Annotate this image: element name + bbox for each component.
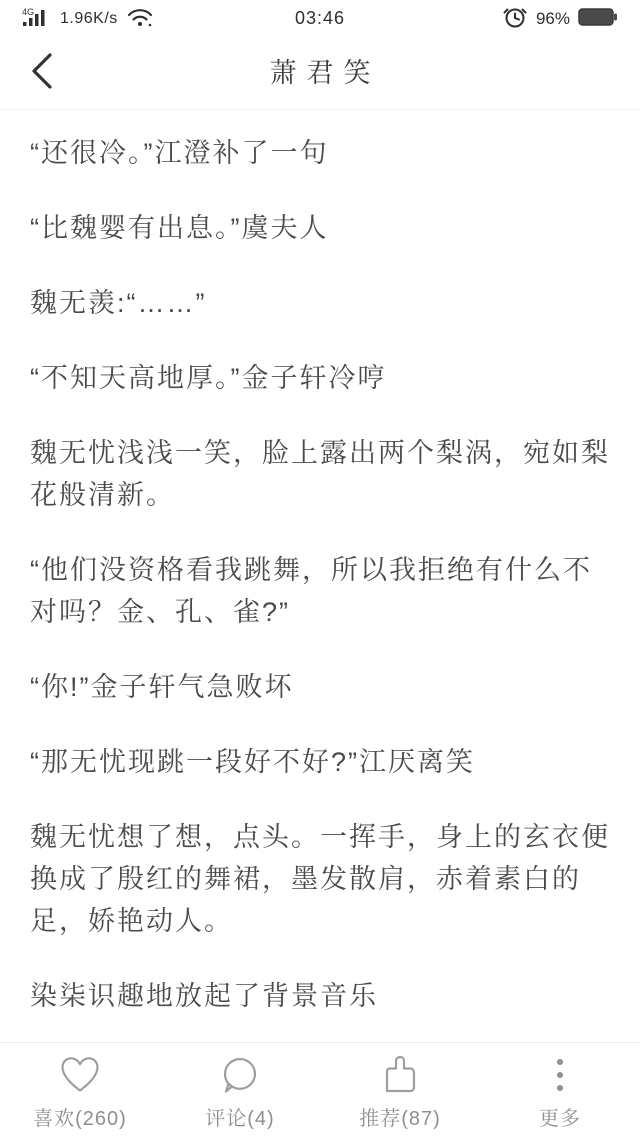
chapter-content: “还很冷。”江澄补了一句“比魏婴有出息。”虞夫人魏无羡:“……”“不知天高地厚。… — [0, 110, 640, 1017]
heart-icon — [59, 1055, 101, 1095]
paragraph: 魏无忧想了想，点头。一挥手，身上的玄衣便换成了殷红的舞裙，墨发散肩，赤着素白的足… — [30, 816, 610, 942]
paragraph: 魏无羡:“……” — [30, 282, 610, 324]
status-bar: 4G 1.96K/s 03:46 — [0, 0, 640, 32]
paragraph: “你!”金子轩气急败坏 — [30, 666, 610, 708]
app-screen: 4G 1.96K/s 03:46 — [0, 0, 640, 1138]
comment-icon — [219, 1055, 261, 1095]
comment-button[interactable]: 评论(4) — [160, 1043, 320, 1138]
back-button[interactable] — [24, 46, 60, 96]
svg-text:4G: 4G — [22, 7, 34, 17]
like-label: 喜欢(260) — [33, 1102, 127, 1131]
paragraph: “那无忧现跳一段好不好?”江厌离笑 — [30, 741, 610, 783]
header: 萧君笑 — [0, 32, 640, 110]
recommend-button[interactable]: 推荐(87) — [320, 1043, 480, 1138]
more-button[interactable]: 更多 — [480, 1043, 640, 1138]
bottom-toolbar: 喜欢(260) 评论(4) 推荐(87) — [0, 1042, 640, 1138]
battery-percent: 96% — [536, 9, 570, 29]
like-button[interactable]: 喜欢(260) — [0, 1043, 160, 1138]
network-speed: 1.96K/s — [60, 10, 118, 28]
paragraph: “他们没资格看我跳舞，所以我拒绝有什么不对吗？金、孔、雀?” — [30, 549, 610, 633]
thumbs-up-icon — [379, 1055, 421, 1095]
more-label: 更多 — [539, 1102, 581, 1131]
paragraph: 染柒识趣地放起了背景音乐 — [30, 975, 610, 1017]
paragraph: “不知天高地厚。”金子轩冷哼 — [30, 357, 610, 399]
clock-time: 03:46 — [295, 8, 345, 29]
battery-icon — [578, 7, 618, 32]
recommend-label: 推荐(87) — [359, 1102, 441, 1131]
chevron-left-icon — [30, 52, 54, 90]
alarm-icon — [502, 5, 528, 34]
page-title: 萧君笑 — [260, 51, 381, 90]
paragraph: 魏无忧浅浅一笑，脸上露出两个梨涡，宛如梨花般清新。 — [30, 432, 610, 516]
more-icon — [555, 1055, 565, 1095]
signal-icon: 4G — [22, 6, 52, 33]
paragraph: “还很冷。”江澄补了一句 — [30, 132, 610, 174]
wifi-icon — [126, 6, 154, 33]
comment-label: 评论(4) — [205, 1102, 274, 1131]
paragraph: “比魏婴有出息。”虞夫人 — [30, 207, 610, 249]
